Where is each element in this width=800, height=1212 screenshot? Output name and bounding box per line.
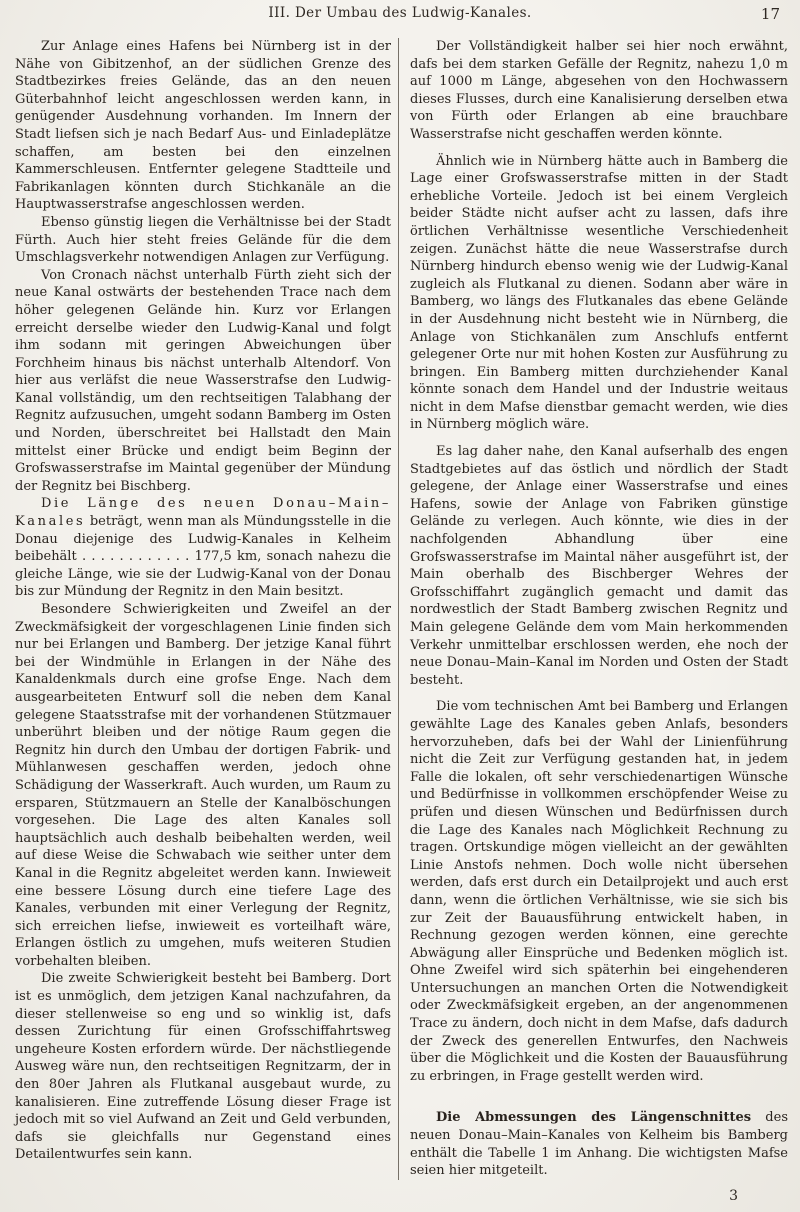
right-column: Der Vollständigkeit halber sei hier noch… bbox=[410, 38, 788, 1180]
paragraph: Ebenso günstig liegen die Verhältnisse b… bbox=[15, 214, 391, 267]
paragraph: Die Länge des neuen Donau–Main–Kanales b… bbox=[15, 495, 391, 601]
paragraph: Die Abmessungen des Längenschnittes des … bbox=[410, 1109, 788, 1179]
paragraph: Ähnlich wie in Nürnberg hätte auch in Ba… bbox=[410, 153, 788, 435]
paragraph: Es lag daher nahe, den Kanal aufserhalb … bbox=[410, 443, 788, 689]
signature-mark: 3 bbox=[729, 1188, 738, 1204]
paragraph: Der Vollständigkeit halber sei hier noch… bbox=[410, 38, 788, 144]
left-column: Zur Anlage eines Hafens bei Nürnberg ist… bbox=[15, 38, 391, 1180]
paragraph: Die vom technischen Amt bei Bamberg und … bbox=[410, 698, 788, 1085]
column-divider-rule bbox=[398, 38, 399, 1180]
running-title: III. Der Umbau des Ludwig-Kanales. bbox=[0, 5, 800, 21]
page-number: 17 bbox=[761, 5, 780, 23]
book-page: III. Der Umbau des Ludwig-Kanales. 17 Zu… bbox=[0, 0, 800, 1212]
text-columns: Zur Anlage eines Hafens bei Nürnberg ist… bbox=[15, 38, 788, 1180]
paragraph: Die zweite Schwierigkeit besteht bei Bam… bbox=[15, 970, 391, 1164]
paragraph: Zur Anlage eines Hafens bei Nürnberg ist… bbox=[15, 38, 391, 214]
paragraph: Von Cronach nächst unterhalb Fürth zieht… bbox=[15, 267, 391, 496]
bold-lead-text: Die Abmessungen des Längenschnittes bbox=[436, 1110, 751, 1125]
paragraph: Besondere Schwierigkeiten und Zweifel an… bbox=[15, 601, 391, 970]
